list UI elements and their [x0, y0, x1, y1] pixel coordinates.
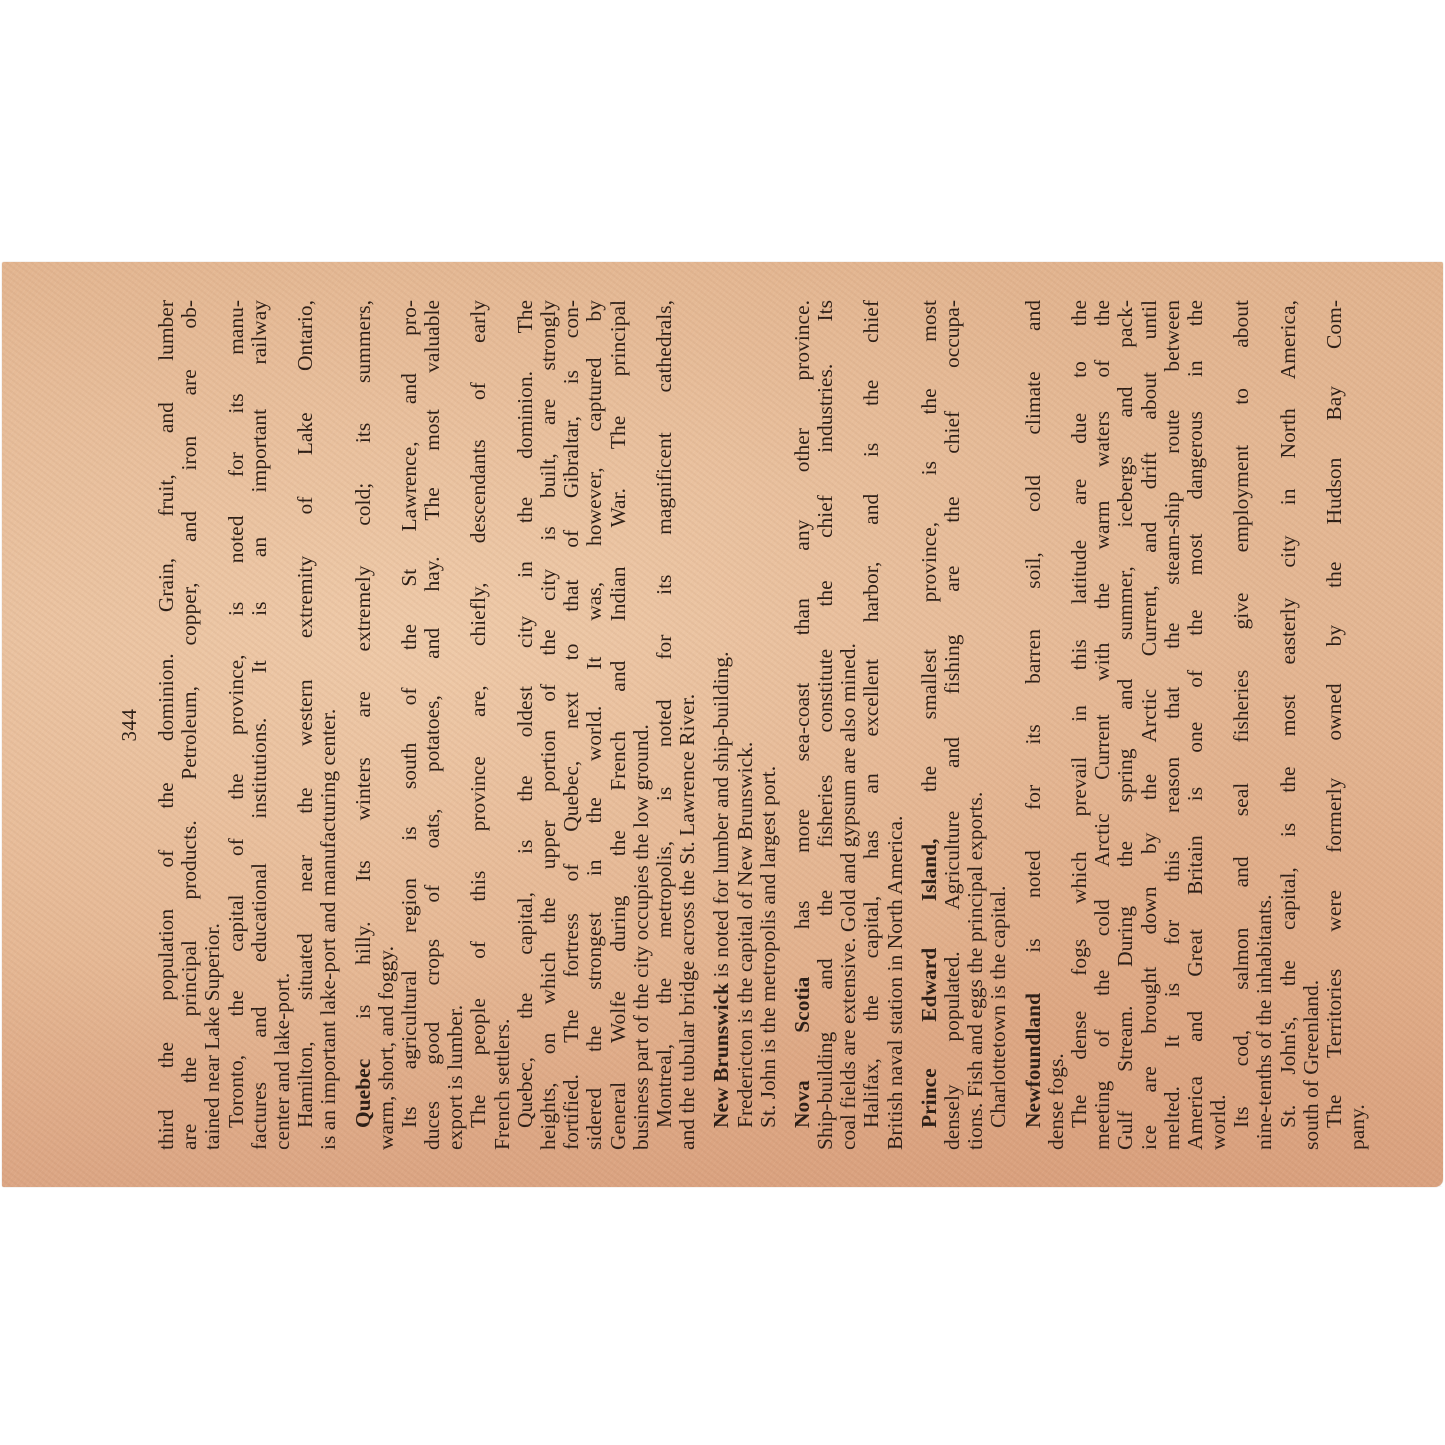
text-line: duces good crops of oats, potatoes, and … — [421, 300, 444, 1150]
text-line: nine-tenths of the inhabitants. — [1253, 300, 1276, 1150]
paragraph: The dense fogs which prevail in this lat… — [1067, 300, 1229, 1150]
text-line: dense fogs. — [1044, 300, 1067, 1150]
text-line: The dense fogs which prevail in this lat… — [1067, 300, 1090, 1150]
text-line: pany. — [1346, 300, 1369, 1150]
paragraph: third the population of the dominion. Gr… — [155, 300, 225, 1150]
text-line: French settlers. — [490, 300, 513, 1150]
text-line: Nova Scotia has more sea-coast than any … — [790, 300, 813, 1150]
paragraph: Hamilton, situated near the western extr… — [294, 300, 340, 1150]
text-line: St. John is the metropolis and largest p… — [756, 300, 779, 1150]
text-line: melted. It is for this reason that the s… — [1160, 300, 1183, 1150]
text-line: export is lumber. — [444, 300, 467, 1150]
text-line: business part of the city occupies the l… — [629, 300, 652, 1150]
paragraph: Nova Scotia has more sea-coast than any … — [790, 300, 860, 1150]
paragraph: Halifax, the capital, has an excellent h… — [860, 300, 906, 1150]
text-line: tained near Lake Superior. — [201, 300, 224, 1150]
paragraph: Newfoundland is noted for its barren soi… — [1021, 300, 1067, 1150]
paragraph: Quebec, the capital, is the oldest city … — [513, 300, 652, 1150]
text-line: St. John's, the capital, is the most eas… — [1276, 300, 1299, 1150]
text-line: fortified. The fortress of Quebec, next … — [560, 300, 583, 1150]
paragraph-gap — [779, 300, 790, 1150]
text-line: Quebec is hilly. Its winters are extreme… — [351, 300, 374, 1150]
text-line: and the tubular bridge across the St. La… — [676, 300, 699, 1150]
bold-heading-term: Prince Edward Island, — [916, 838, 940, 1127]
page-number: 344 — [118, 300, 141, 1150]
page-body: third the population of the dominion. Gr… — [155, 300, 1369, 1150]
text-line: tions. Fish and eggs the principal expor… — [964, 300, 987, 1150]
paragraph-gap — [340, 300, 351, 1150]
paragraph-gap — [1010, 300, 1021, 1150]
text-line: Prince Edward Island, the smallest provi… — [917, 300, 940, 1150]
paragraph-gap — [699, 300, 710, 1150]
paragraph: St. John's, the capital, is the most eas… — [1276, 300, 1322, 1150]
text-line: world. — [1207, 300, 1230, 1150]
text-line: densely populated. Agriculture and fishi… — [941, 300, 964, 1150]
text-line: factures and educational institutions. I… — [247, 300, 270, 1150]
text-line: is an important lake-port and manufactur… — [317, 300, 340, 1150]
text-line: are the principal products. Petroleum, c… — [178, 300, 201, 1150]
text-line: coal fields are extensive. Gold and gyps… — [837, 300, 860, 1150]
book-page: 344 third the population of the dominion… — [2, 262, 1443, 1187]
text-line: Gulf Stream. During the spring and summe… — [1114, 300, 1137, 1150]
text-line: British naval station in North America. — [883, 300, 906, 1150]
text-line: south of Greenland. — [1299, 300, 1322, 1150]
text-line: sidered the strongest in the world. It w… — [583, 300, 606, 1150]
text-line: Halifax, the capital, has an excellent h… — [860, 300, 883, 1150]
paragraph: Its cod, salmon and seal fisheries give … — [1230, 300, 1276, 1150]
text-line: Charlottetown is the capital. — [987, 300, 1010, 1150]
bold-heading-term: Newfoundland — [1020, 992, 1044, 1127]
text-line: Its agricultural region is south of the … — [397, 300, 420, 1150]
text-line: center and lake-port. — [270, 300, 293, 1150]
text-line: New Brunswick is noted for lumber and sh… — [710, 300, 733, 1150]
paragraph: The people of this province are, chiefly… — [467, 300, 513, 1150]
text-line: warm, short, and foggy. — [374, 300, 397, 1150]
text-line: Toronto, the capital of the province, is… — [224, 300, 247, 1150]
text-line: Its cod, salmon and seal fisheries give … — [1230, 300, 1253, 1150]
text-line: The Territories were formerly owned by t… — [1323, 300, 1346, 1150]
bold-heading-term: New Brunswick — [709, 982, 733, 1127]
text-line: Newfoundland is noted for its barren soi… — [1021, 300, 1044, 1150]
text-line: General Wolfe during the French and Indi… — [606, 300, 629, 1150]
text-line: third the population of the dominion. Gr… — [155, 300, 178, 1150]
text-line: The people of this province are, chiefly… — [467, 300, 490, 1150]
text-line: Fredericton is the capital of New Brunsw… — [733, 300, 756, 1150]
text-line: America and Great Britain is one of the … — [1183, 300, 1206, 1150]
paragraph: Its agricultural region is south of the … — [397, 300, 467, 1150]
paragraph: Quebec is hilly. Its winters are extreme… — [351, 300, 397, 1150]
text-line: Hamilton, situated near the western extr… — [294, 300, 317, 1150]
text-line: ice are brought down by the Arctic Curre… — [1137, 300, 1160, 1150]
text-line: Ship-building and the fisheries constitu… — [814, 300, 837, 1150]
paragraph: Toronto, the capital of the province, is… — [224, 300, 294, 1150]
paragraph: Montreal, the metropolis, is noted for i… — [652, 300, 698, 1150]
bold-heading-term: Nova Scotia — [789, 976, 813, 1127]
text-line: meeting of the cold Arctic Current with … — [1091, 300, 1114, 1150]
text-line: Quebec, the capital, is the oldest city … — [513, 300, 536, 1150]
paragraph: The Territories were formerly owned by t… — [1323, 300, 1369, 1150]
paragraph: New Brunswick is noted for lumber and sh… — [710, 300, 780, 1150]
paragraph: Prince Edward Island, the smallest provi… — [917, 300, 1010, 1150]
text-line: Montreal, the metropolis, is noted for i… — [652, 300, 675, 1150]
rotated-text-block: 344 third the population of the dominion… — [118, 300, 1328, 1150]
text-line: heights, on which the upper portion of t… — [537, 300, 560, 1150]
paragraph-gap — [906, 300, 917, 1150]
bold-heading-term: Quebec — [350, 1058, 374, 1127]
